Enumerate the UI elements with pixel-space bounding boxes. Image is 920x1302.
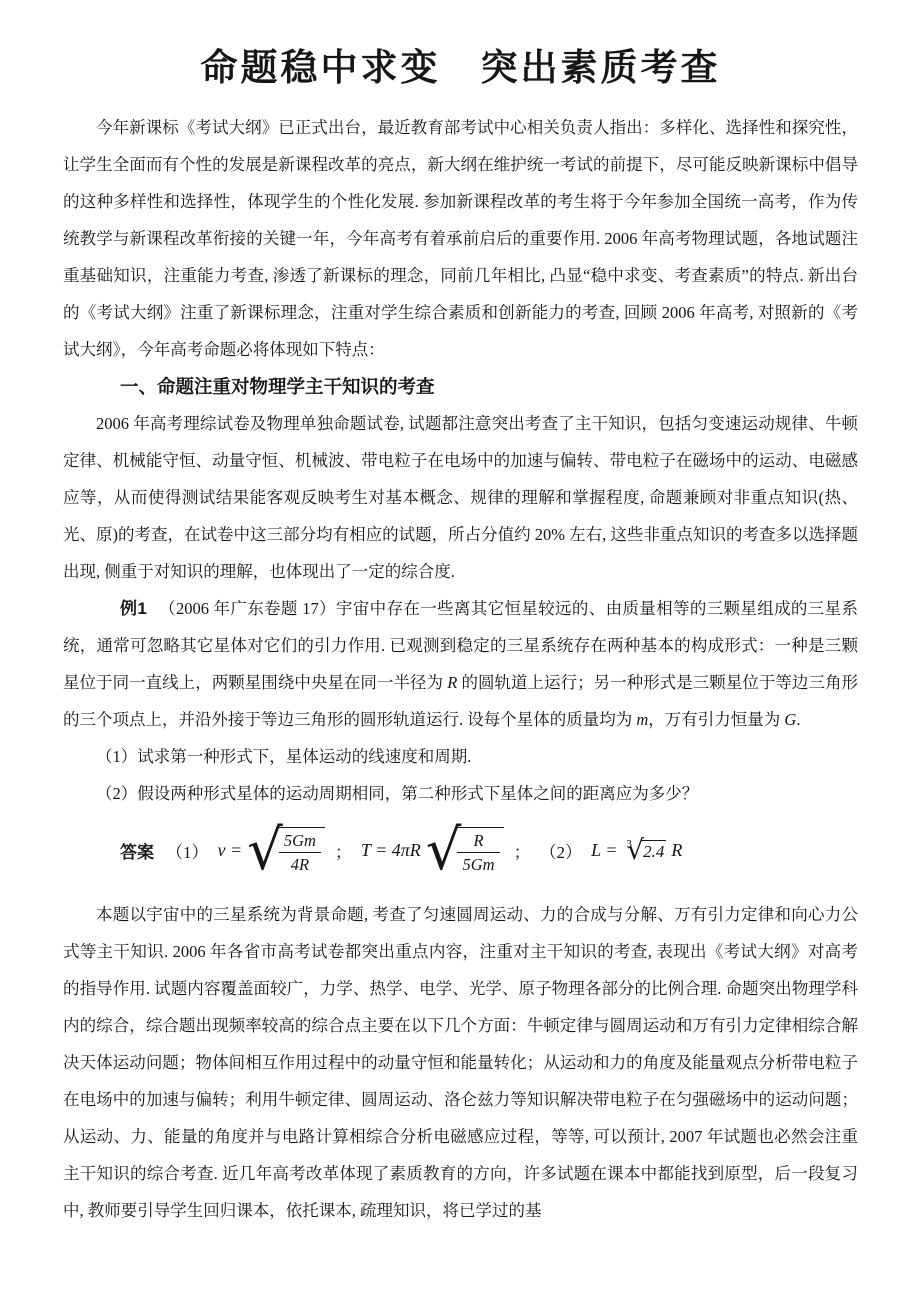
example-label: 例1: [120, 599, 147, 618]
cube-root: 3 √ 2.4: [622, 840, 666, 862]
fraction-numerator: R: [457, 831, 499, 853]
radicand: R 5Gm: [455, 827, 503, 874]
formula-distance-lhs: L =: [591, 840, 617, 861]
fraction: R 5Gm: [457, 831, 499, 874]
section-heading: 一、命题注重对物理学主干知识的考查: [63, 368, 858, 405]
question-item-2: （2）假设两种形式星体的运动周期相同，第二种形式下星体之间的距离应为多少？: [63, 775, 858, 812]
answer-label: 答案: [120, 838, 154, 863]
fraction: 5Gm 4R: [279, 831, 321, 874]
separator-semicolon: ；: [514, 838, 531, 863]
document-page: 命题稳中求变 突出素质考查 今年新课标《考试大纲》已正式出台，最近教育部考试中心…: [0, 0, 920, 1302]
fraction-denominator: 5Gm: [457, 853, 499, 874]
answer-line: 答案 （1） v = √ 5Gm 4R ； T = 4πR √: [120, 822, 858, 880]
example-text-4: .: [796, 710, 800, 729]
formula-velocity: v = √ 5Gm 4R: [218, 827, 325, 874]
radicand: 5Gm 4R: [277, 827, 325, 874]
formula-distance-tail: R: [671, 840, 682, 861]
square-root: √ 5Gm 4R: [247, 827, 325, 874]
variable-m: m: [636, 710, 648, 729]
variable-R: R: [447, 673, 457, 692]
analysis-paragraph: 本题以宇宙中的三星系统为背景命题, 考查了匀速圆周运动、力的合成与分解、万有引力…: [63, 896, 858, 1229]
root-index: 3: [626, 838, 632, 850]
section-body-paragraph: 2006 年高考理综试卷及物理单独命题试卷, 试题都注意突出考查了主干知识，包括…: [63, 405, 858, 590]
fraction-denominator: 4R: [279, 853, 321, 874]
example-paragraph: 例1（2006 年广东卷题 17）宇宙中存在一些离其它恒星较远的、由质量相等的三…: [63, 590, 858, 738]
answer-item1-marker: （1）: [166, 838, 209, 863]
formula-velocity-lhs: v =: [218, 840, 243, 861]
fraction-numerator: 5Gm: [279, 831, 321, 853]
intro-paragraph: 今年新课标《考试大纲》已正式出台，最近教育部考试中心相关负责人指出：多样化、选择…: [63, 109, 858, 368]
answer-item2-marker: （2）: [540, 838, 583, 863]
document-title: 命题稳中求变 突出素质考查: [63, 44, 858, 94]
example-text-3: ，万有引力恒量为: [648, 710, 784, 729]
question-item-1: （1）试求第一种形式下，星体运动的线速度和周期.: [63, 738, 858, 775]
formula-period-lhs: T = 4πR: [361, 840, 421, 861]
variable-G: G: [784, 710, 796, 729]
radicand: 2.4: [641, 840, 666, 862]
formula-distance: L = 3 √ 2.4 R: [591, 840, 682, 862]
formula-period: T = 4πR √ R 5Gm: [361, 827, 504, 874]
separator-semicolon: ；: [335, 838, 352, 863]
square-root: √ R 5Gm: [426, 827, 504, 874]
